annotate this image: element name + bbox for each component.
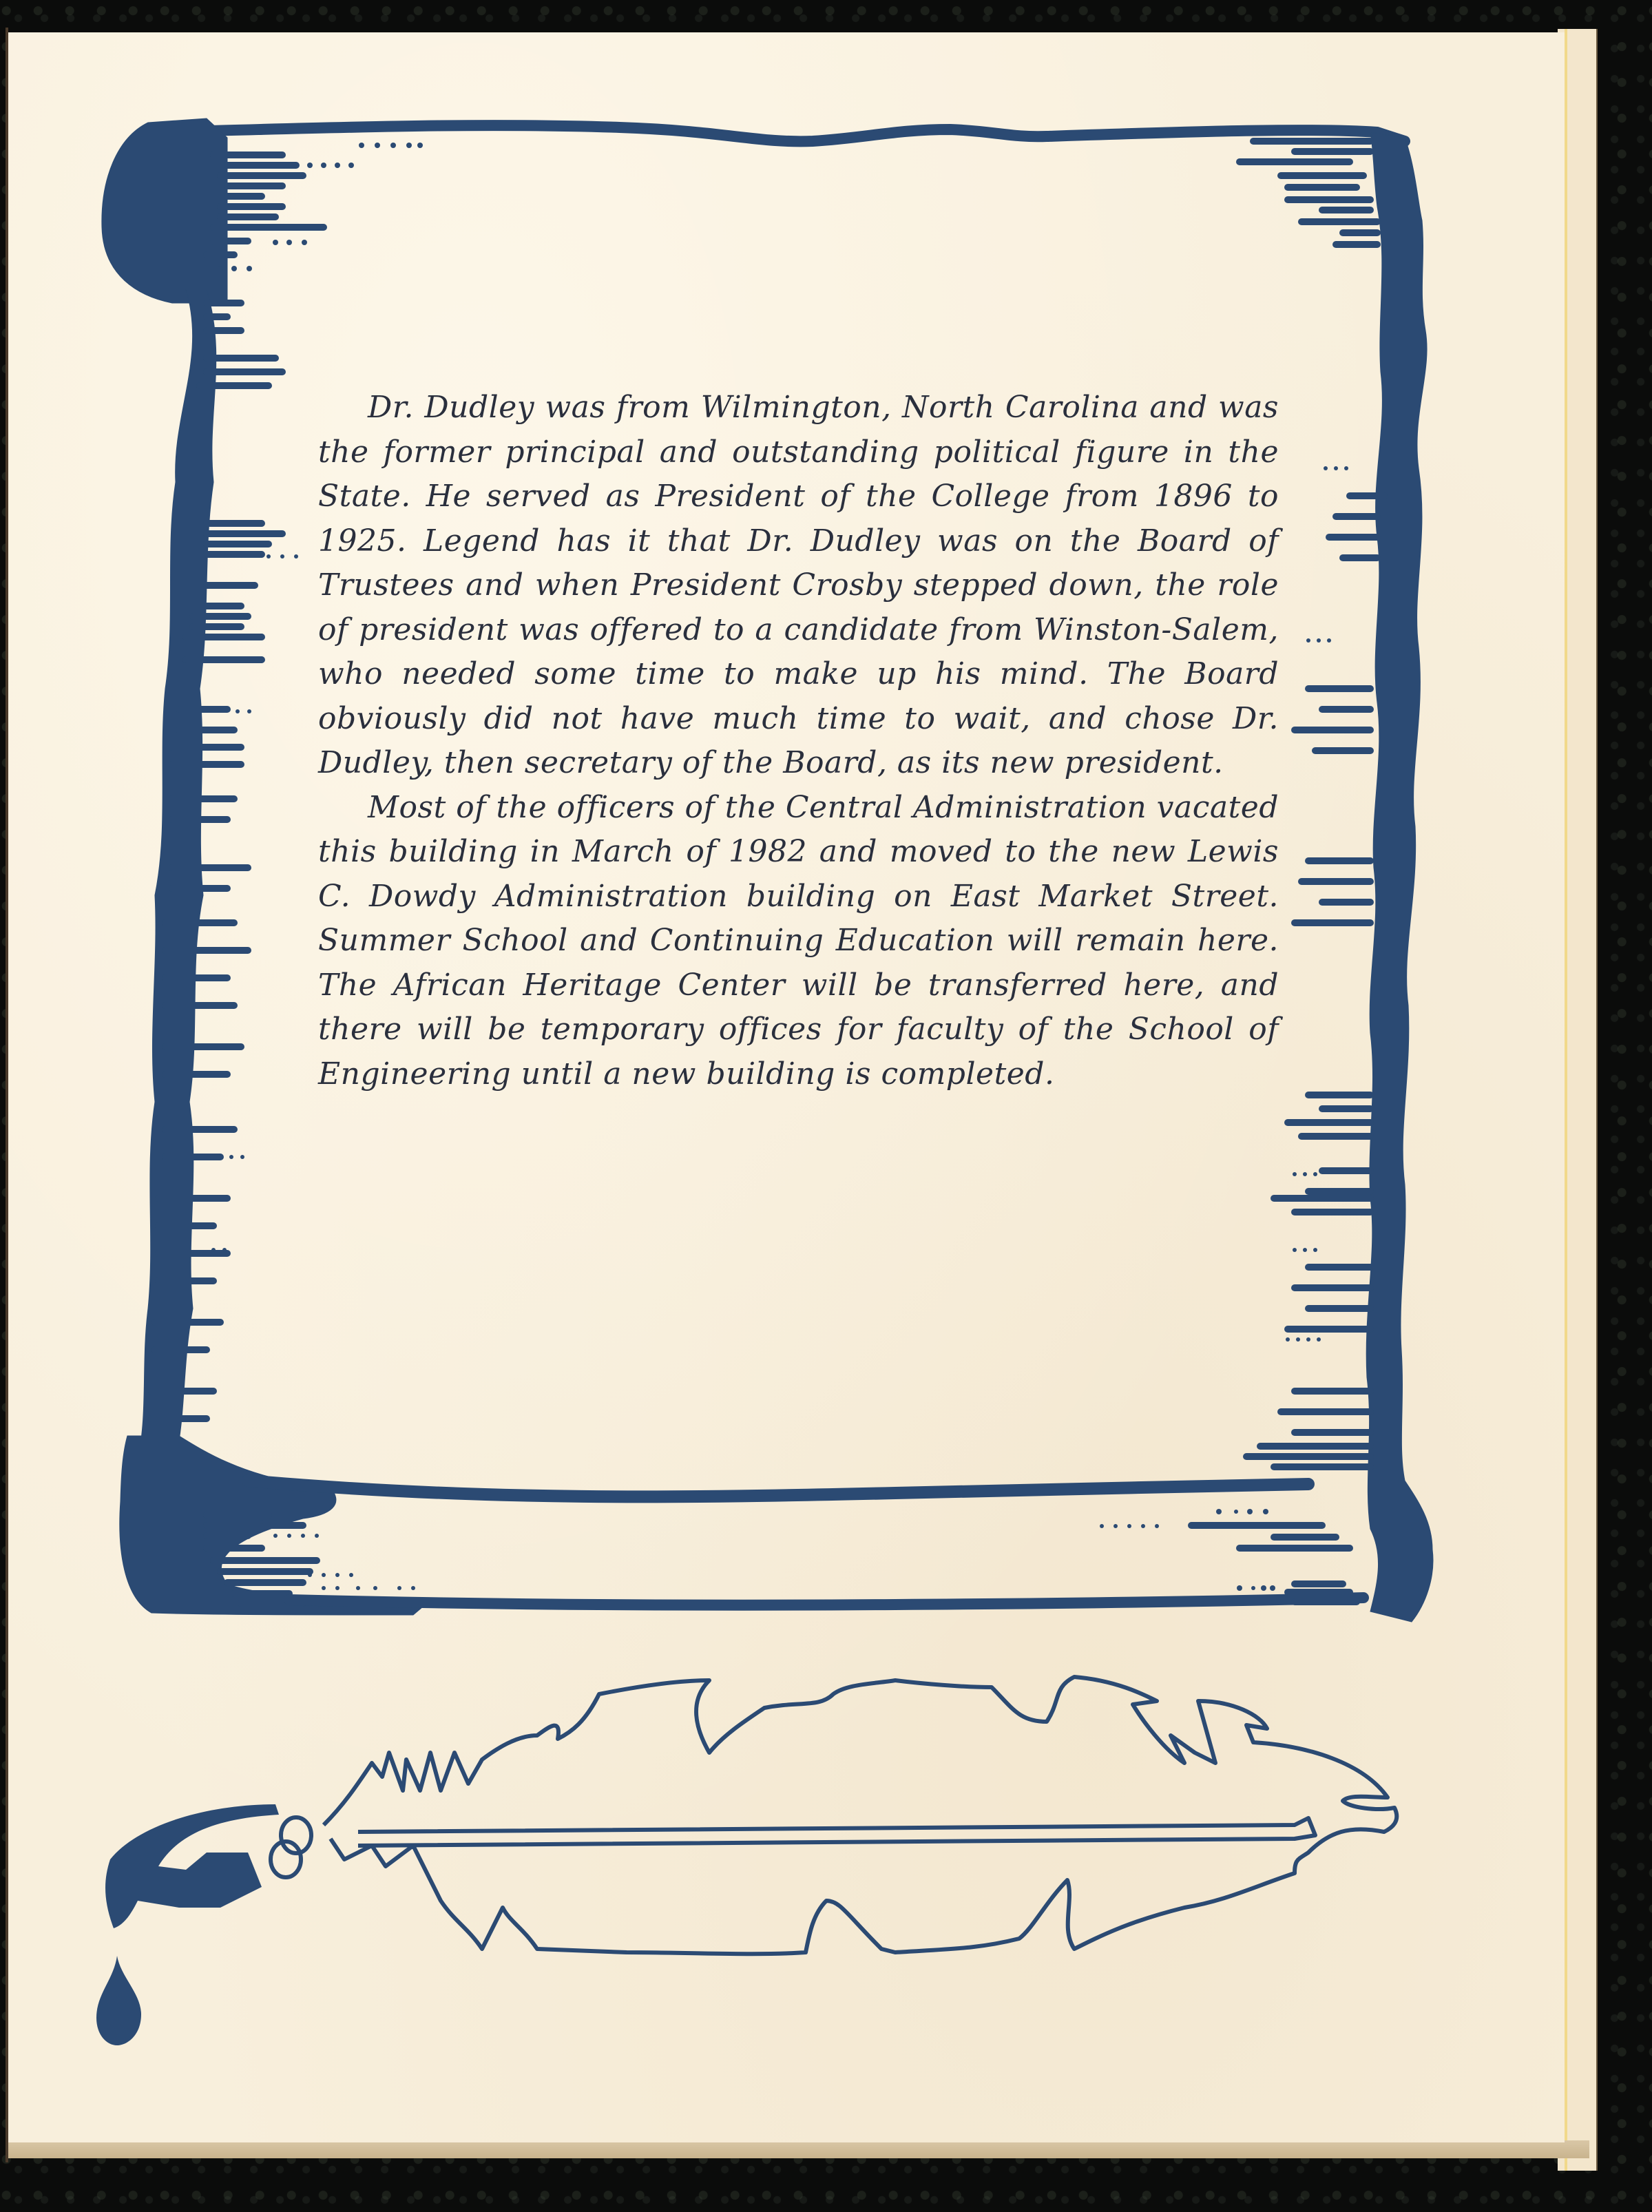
quill-nib-icon <box>105 1804 279 1928</box>
paragraph-dudley: Dr. Dudley was from Wilmington, North Ca… <box>318 386 1279 786</box>
body-text: Dr. Dudley was from Wilmington, North Ca… <box>318 386 1279 1096</box>
quill-feather-icon <box>271 1677 1397 1954</box>
ink-drop-icon <box>96 1956 141 2045</box>
paragraph-administration: Most of the officers of the Central Admi… <box>318 786 1279 1097</box>
